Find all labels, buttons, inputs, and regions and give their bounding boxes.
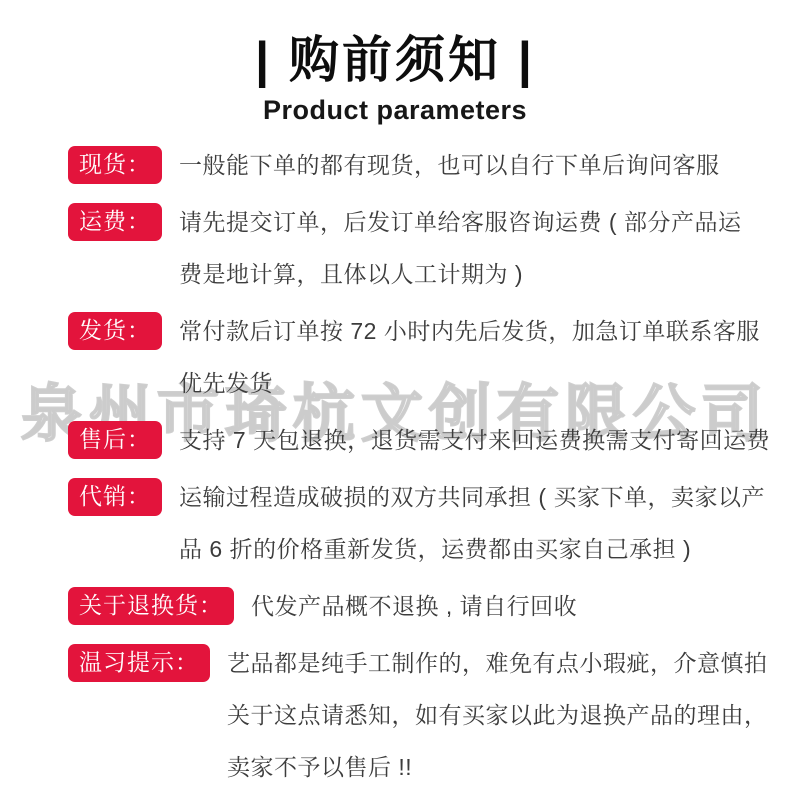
notice-label-badge: 现货： — [68, 146, 162, 184]
notice-line: 代发产品概不退换 , 请自行回收 — [251, 580, 577, 632]
notice-line: 费是地计算，且体以人工计期为 ) — [179, 248, 741, 300]
pre-purchase-notice-panel: 泉州市琦杭文创有限公司 | 购前须知 | Product parameters … — [0, 0, 790, 795]
notice-line: 请先提交订单，后发订单给客服咨询运费 ( 部分产品运 — [179, 196, 741, 248]
notice-line: 常付款后订单按 72 小时内先后发货，加急订单联系客服 — [179, 305, 760, 357]
notice-label-badge: 温习提示： — [68, 644, 210, 682]
notice-line: 品 6 折的价格重新发货，运费都由买家自己承担 ) — [179, 523, 765, 575]
notice-label-badge: 关于退换货： — [68, 587, 234, 625]
notice-line: 卖家不予以售后 !! — [227, 741, 768, 793]
notice-row: 运费： 请先提交订单，后发订单给客服咨询运费 ( 部分产品运费是地计算，且体以人… — [68, 196, 742, 300]
notice-text: 运输过程造成破损的双方共同承担 ( 买家下单，卖家以产品 6 折的价格重新发货，… — [179, 471, 765, 575]
notice-line: 一般能下单的都有现货，也可以自行下单后询问客服 — [179, 139, 720, 191]
notice-line: 运输过程造成破损的双方共同承担 ( 买家下单，卖家以产 — [179, 471, 765, 523]
notice-label-badge: 运费： — [68, 203, 162, 241]
notice-text: 一般能下单的都有现货，也可以自行下单后询问客服 — [179, 139, 720, 191]
notice-label-badge: 代销： — [68, 478, 162, 516]
notice-text: 支持 7 天包退换，退货需支付来回运费换需支付寄回运费 — [179, 414, 770, 466]
page-subtitle: Product parameters — [0, 95, 790, 126]
notice-line: 关于这点请悉知，如有买家以此为退换产品的理由， — [227, 689, 768, 741]
notice-label-badge: 发货： — [68, 312, 162, 350]
notice-line: 优先发货 — [179, 357, 760, 409]
notice-row: 现货： 一般能下单的都有现货，也可以自行下单后询问客服 — [68, 139, 742, 191]
notice-row: 温习提示： 艺品都是纯手工制作的，难免有点小瑕疵，介意慎拍关于这点请悉知，如有买… — [68, 637, 742, 793]
notice-row: 代销： 运输过程造成破损的双方共同承担 ( 买家下单，卖家以产品 6 折的价格重… — [68, 471, 742, 575]
notice-line: 艺品都是纯手工制作的，难免有点小瑕疵，介意慎拍 — [227, 637, 768, 689]
notice-row: 发货： 常付款后订单按 72 小时内先后发货，加急订单联系客服优先发货 — [68, 305, 742, 409]
notice-text: 请先提交订单，后发订单给客服咨询运费 ( 部分产品运费是地计算，且体以人工计期为… — [179, 196, 741, 300]
notice-row: 关于退换货： 代发产品概不退换 , 请自行回收 — [68, 580, 742, 632]
notice-text: 常付款后订单按 72 小时内先后发货，加急订单联系客服优先发货 — [179, 305, 760, 409]
notice-label-badge: 售后： — [68, 421, 162, 459]
page-title: | 购前须知 | — [0, 30, 790, 90]
notice-list: 现货： 一般能下单的都有现货，也可以自行下单后询问客服 运费： 请先提交订单，后… — [0, 126, 790, 793]
notice-row: 售后： 支持 7 天包退换，退货需支付来回运费换需支付寄回运费 — [68, 414, 742, 466]
notice-text: 艺品都是纯手工制作的，难免有点小瑕疵，介意慎拍关于这点请悉知，如有买家以此为退换… — [227, 637, 768, 793]
header: | 购前须知 | Product parameters — [0, 0, 790, 126]
notice-text: 代发产品概不退换 , 请自行回收 — [251, 580, 577, 632]
notice-line: 支持 7 天包退换，退货需支付来回运费换需支付寄回运费 — [179, 414, 770, 466]
